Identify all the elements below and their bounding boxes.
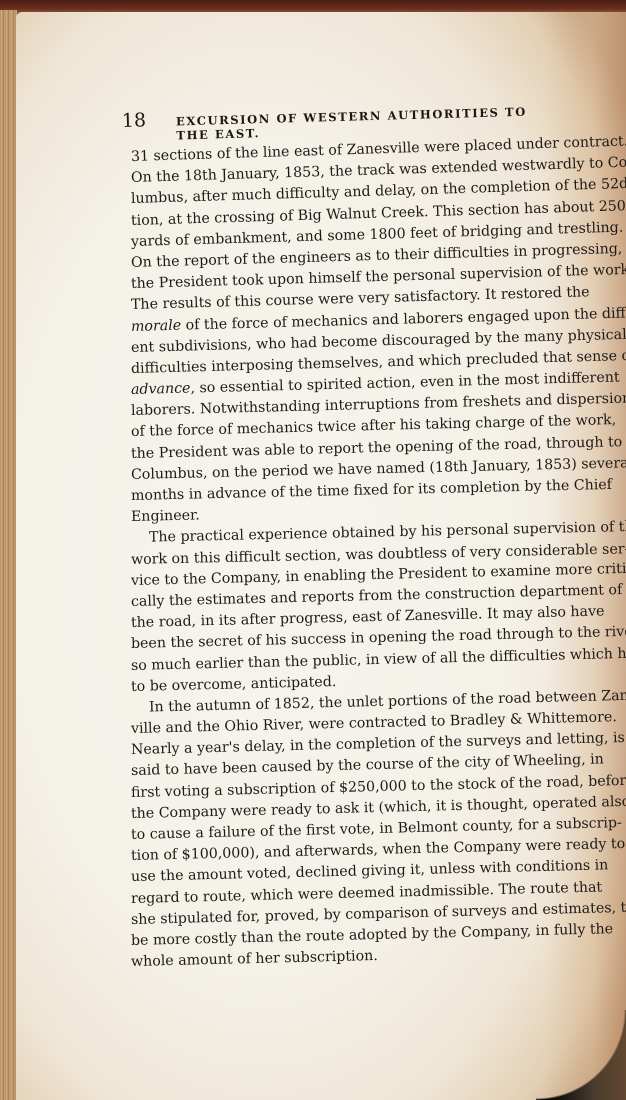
page-corner-shadow xyxy=(536,1010,626,1100)
body-text: 31 sections of the line east of Zanesvil… xyxy=(131,147,626,973)
page-stack-edge xyxy=(0,10,17,1100)
page-number: 18 xyxy=(122,109,147,132)
